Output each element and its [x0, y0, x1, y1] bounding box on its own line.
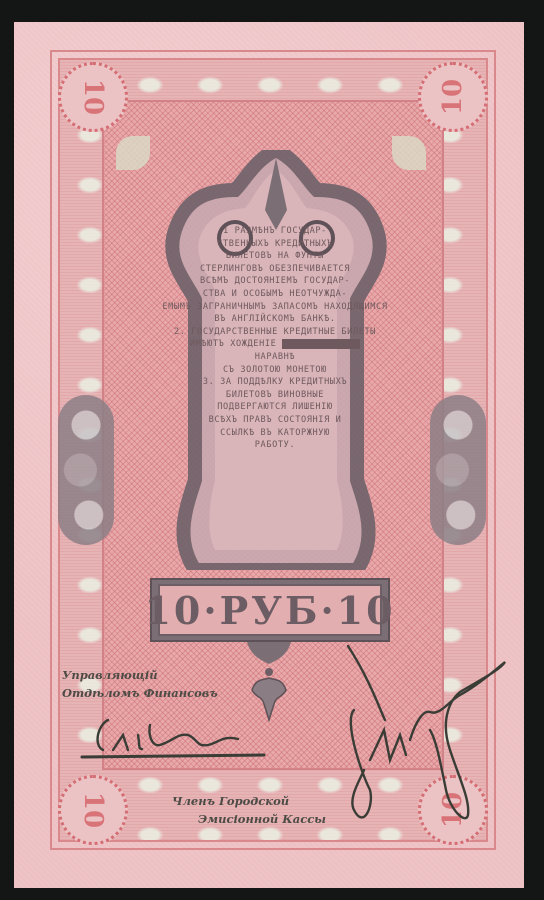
corner-rosette-top-left: 10 [58, 62, 128, 132]
right-flower-garland [430, 395, 486, 545]
legal-line: ВСѢМЪ ДОСТОЯНІЕМЪ ГОСУДАР- [170, 275, 380, 288]
corner-rosette-top-right: 10 [418, 62, 488, 132]
right-signatory-title: Членъ Городской Эмисіонной Кассы [172, 792, 326, 828]
legal-line: СТВЕННЫХЪ КРЕДИТНЫХЪ [170, 238, 380, 251]
legal-line: 3. ЗА ПОДДѢЛКУ КРЕДИТНЫХЪ [170, 376, 380, 389]
redaction-bar [282, 339, 360, 349]
legal-line: ПОДВЕРГАЮТСЯ ЛИШЕНІЮ [170, 401, 380, 414]
legal-line: ИМѢЮТЪ ХОЖДЕНІЕ НАРАВНѢ [170, 338, 380, 363]
legal-line: ЕМЫМЪ ЗАГРАНИЧНЫМЪ ЗАПАСОМЪ НАХОДЯЩИМСЯ [158, 301, 392, 314]
title-line: Членъ Городской [172, 792, 326, 810]
left-flower-garland [58, 395, 114, 545]
right-signature-icon [340, 640, 520, 830]
legal-fragment: ИМѢЮТЪ ХОЖДЕНІЕ [190, 339, 277, 349]
legal-line: СТВА И ОСОБЫМЪ НЕОТЧУЖДА- [170, 288, 380, 301]
title-line: Отдѣломъ Финансовъ [62, 684, 218, 702]
legal-line: СТЕРЛИНГОВЪ ОБЕЗПЕЧИВАЕТСЯ [170, 263, 380, 276]
legal-text-block: 1 РАЗМѢНЪ ГОСУДАР- СТВЕННЫХЪ КРЕДИТНЫХЪ … [170, 225, 380, 452]
legal-line: ВЪ АНГЛІЙСКОМЪ БАНКѢ. [170, 313, 380, 326]
legal-fragment: НАРАВНѢ [255, 352, 295, 362]
legal-line: ВСѢХЪ ПРАВЪ СОСТОЯНІЯ И [170, 414, 380, 427]
title-line: Управляющій [62, 666, 218, 684]
legal-line: РАБОТУ. [170, 439, 380, 452]
denomination-label: 10·РУБ·10 [144, 588, 395, 633]
legal-line: БИЛЕТОВЪ ВИНОВНЫЕ [170, 389, 380, 402]
acanthus-leaf-icon [392, 136, 426, 170]
title-line: Эмисіонной Кассы [172, 810, 326, 828]
legal-line: 1 РАЗМѢНЪ ГОСУДАР- [170, 225, 380, 238]
denomination-panel: 10·РУБ·10 [158, 584, 382, 636]
corner-rosette-bottom-left: 10 [58, 775, 128, 845]
legal-line: СЪ ЗОЛОТОЮ МОНЕТОЮ [170, 364, 380, 377]
legal-line: 2. ГОСУДАРСТВЕННЫЕ КРЕДИТНЫЕ БИЛЕТЫ [162, 326, 388, 339]
legal-line: ССЫЛКѢ ВЪ КАТОРЖНУЮ [170, 427, 380, 440]
left-signatory-title: Управляющій Отдѣломъ Финансовъ [62, 666, 218, 702]
legal-line: БИЛЕТОВЪ НА ФУНТЫ [170, 250, 380, 263]
left-signature-icon [78, 705, 268, 765]
acanthus-leaf-icon [116, 136, 150, 170]
